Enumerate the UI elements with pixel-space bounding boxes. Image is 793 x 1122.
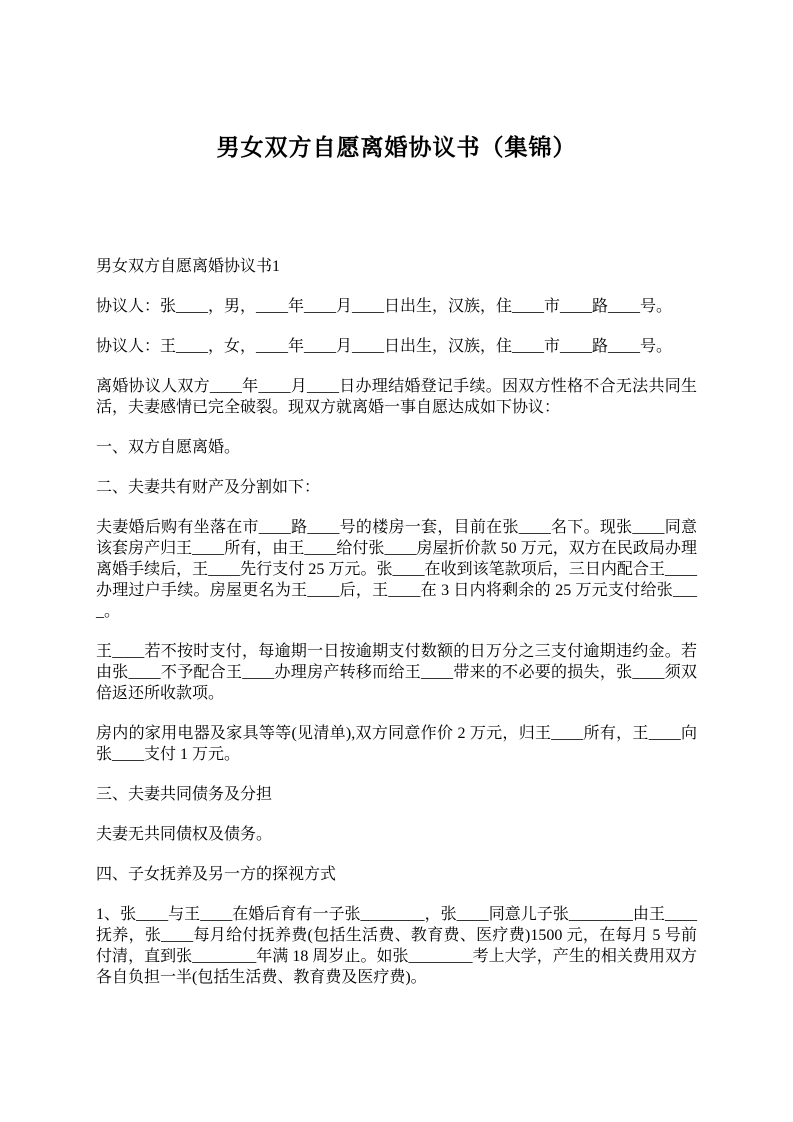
appliances-paragraph: 房内的家用电器及家具等等(见清单),双方同意作价 2 万元，归王____所有，王… <box>96 723 697 765</box>
child-custody-paragraph: 1、张____与王____在婚后育有一子张________，张____同意儿子张… <box>96 904 697 988</box>
section-one-heading: 一、双方自愿离婚。 <box>96 437 697 458</box>
property-division-paragraph: 夫妻婚后购有坐落在市____路____号的楼房一套，目前在张____名下。现张_… <box>96 517 697 622</box>
no-joint-debt-paragraph: 夫妻无共同债权及债务。 <box>96 824 697 845</box>
party-b-line: 协议人：王____，女，____年____月____日出生，汉族，住____市_… <box>96 336 697 357</box>
document-body: 男女双方自愿离婚协议书1 协议人：张____，男，____年____月____日… <box>96 256 697 988</box>
preamble-paragraph: 离婚协议人双方____年____月____日办理结婚登记手续。因双方性格不合无法… <box>96 376 697 418</box>
section-four-heading: 四、子女抚养及另一方的探视方式 <box>96 864 697 885</box>
document-title: 男女双方自愿离婚协议书（集锦） <box>96 134 697 160</box>
overdue-penalty-paragraph: 王____若不按时支付，每逾期一日按逾期支付数额的日万分之三支付逾期违约金。若由… <box>96 641 697 704</box>
party-a-line: 协议人：张____，男，____年____月____日出生，汉族，住____市_… <box>96 296 697 317</box>
section-three-heading: 三、夫妻共同债务及分担 <box>96 784 697 805</box>
agreement-number-heading: 男女双方自愿离婚协议书1 <box>96 256 697 277</box>
section-two-heading: 二、夫妻共有财产及分割如下： <box>96 477 697 498</box>
document-page: 男女双方自愿离婚协议书（集锦） 男女双方自愿离婚协议书1 协议人：张____，男… <box>0 0 793 1122</box>
